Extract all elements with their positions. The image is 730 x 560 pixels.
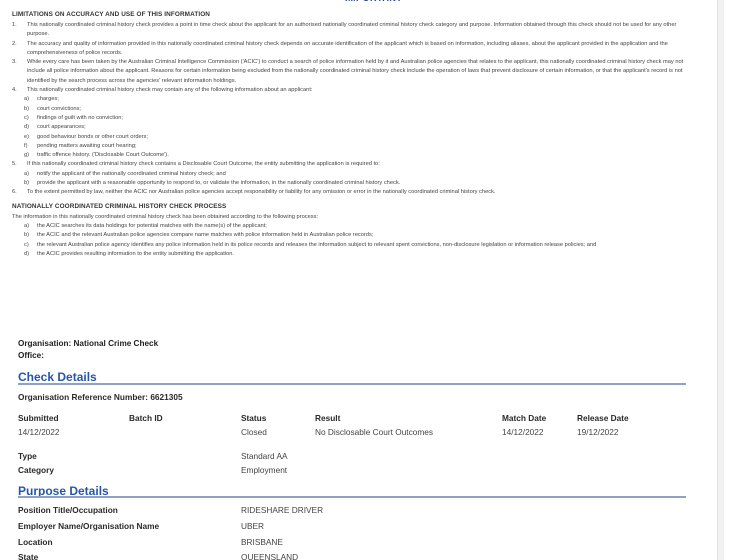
purpose-label: Location xyxy=(18,537,53,547)
status-value: Closed xyxy=(241,427,267,437)
limitation-subitem: a)notify the applicant of the nationally… xyxy=(12,170,692,179)
category-label: Category xyxy=(18,465,54,475)
limitations-title: LIMITATIONS ON ACCURACY AND USE OF THIS … xyxy=(12,10,672,19)
release-date-value: 19/12/2022 xyxy=(577,427,619,437)
item-text: While every care has been taken by the A… xyxy=(27,59,683,84)
subitem-letter: a) xyxy=(24,95,29,104)
limitation-item: 5.If this nationally coordinated crimina… xyxy=(12,160,692,169)
item-number: 6. xyxy=(12,188,17,197)
important-heading: IMPORTANT xyxy=(345,0,402,3)
limitation-subitem: a)charges; xyxy=(12,95,692,104)
submitted-value: 14/12/2022 xyxy=(18,427,60,437)
process-item-letter: c) xyxy=(24,241,29,250)
subitem-text: findings of guilt with no conviction; xyxy=(37,115,123,121)
subitem-text: traffic offence history. ('Disclosable C… xyxy=(37,152,169,158)
process-item-text: the ACIC and the relevant Australian pol… xyxy=(37,232,373,238)
process-item: c)the relevant Australian police agency … xyxy=(12,241,692,250)
purpose-value: RIDESHARE DRIVER xyxy=(241,505,323,515)
process-item-text: the ACIC searches its data holdings for … xyxy=(37,223,267,229)
limitation-subitem: d)court appearances; xyxy=(12,123,692,132)
subitem-text: court appearances; xyxy=(37,124,86,130)
subitem-letter: e) xyxy=(24,133,29,142)
process-item: b)the ACIC and the relevant Australian p… xyxy=(12,231,692,240)
organisation-name: Organisation: National Crime Check xyxy=(18,338,158,350)
limitation-subitem: g)traffic offence history. ('Disclosable… xyxy=(12,151,692,160)
purpose-label: Employer Name/Organisation Name xyxy=(18,521,159,531)
purpose-label: Position Title/Occupation xyxy=(18,505,118,515)
process-item-letter: b) xyxy=(24,231,29,240)
subitem-letter: b) xyxy=(24,105,29,114)
subitem-letter: a) xyxy=(24,170,29,179)
item-text: If this nationally coordinated criminal … xyxy=(27,161,380,167)
organisation-office: Office: xyxy=(18,350,158,362)
limitation-item: 3.While every care has been taken by the… xyxy=(12,58,692,86)
result-value: No Disclosable Court Outcomes xyxy=(315,427,433,437)
subitem-text: court convictions; xyxy=(37,106,81,112)
subitem-letter: g) xyxy=(24,151,29,160)
subitem-letter: b) xyxy=(24,179,29,188)
organisation-block: Organisation: National Crime Check Offic… xyxy=(18,338,158,362)
subitem-letter: d) xyxy=(24,123,29,132)
subitem-text: pending matters awaiting court hearing; xyxy=(37,143,137,149)
process-item-letter: a) xyxy=(24,222,29,231)
item-number: 3. xyxy=(12,58,17,67)
subitem-letter: c) xyxy=(24,114,29,123)
release-date-label: Release Date xyxy=(577,413,629,423)
purpose-value: QUEENSLAND xyxy=(241,552,298,560)
match-date-value: 14/12/2022 xyxy=(502,427,544,437)
page-edge xyxy=(717,0,724,560)
check-details-rule xyxy=(18,383,686,385)
limitation-item: 1.This nationally coordinated criminal h… xyxy=(12,21,692,40)
submitted-label: Submitted xyxy=(18,413,59,423)
purpose-value: BRISBANE xyxy=(241,537,283,547)
item-text: This nationally coordinated criminal his… xyxy=(27,22,676,37)
category-value: Employment xyxy=(241,465,287,475)
result-label: Result xyxy=(315,413,340,423)
item-number: 1. xyxy=(12,21,17,30)
subitem-text: good behaviour bonds or other court orde… xyxy=(37,134,148,140)
item-number: 5. xyxy=(12,160,17,169)
item-text: This nationally coordinated criminal his… xyxy=(27,87,312,93)
item-text: The accuracy and quality of information … xyxy=(27,41,668,56)
purpose-value: UBER xyxy=(241,521,264,531)
check-details-title: Check Details xyxy=(18,370,97,384)
process-item-text: the ACIC provides resulting information … xyxy=(37,251,234,257)
limitations-list: 1.This nationally coordinated criminal h… xyxy=(12,21,692,198)
process-item-text: the relevant Australian police agency id… xyxy=(37,242,596,248)
limitation-subitem: e)good behaviour bonds or other court or… xyxy=(12,133,692,142)
disclaimer-block: LIMITATIONS ON ACCURACY AND USE OF THIS … xyxy=(12,10,692,259)
type-value: Standard AA xyxy=(241,451,288,461)
process-list: a)the ACIC searches its data holdings fo… xyxy=(12,222,692,259)
match-date-label: Match Date xyxy=(502,413,546,423)
status-label: Status xyxy=(241,413,266,423)
purpose-details-rule xyxy=(18,496,686,498)
process-intro: The information in this nationally coord… xyxy=(12,213,692,222)
process-title: NATIONALLY COORDINATED CRIMINAL HISTORY … xyxy=(12,202,672,211)
item-text: To the extent permitted by law, neither … xyxy=(27,189,496,195)
limitation-item: 6.To the extent permitted by law, neithe… xyxy=(12,188,692,197)
limitation-subitem: b)provide the applicant with a reasonabl… xyxy=(12,179,692,188)
process-item: a)the ACIC searches its data holdings fo… xyxy=(12,222,692,231)
document-page: IMPORTANT LIMITATIONS ON ACCURACY AND US… xyxy=(0,0,724,560)
subitem-text: charges; xyxy=(37,96,59,102)
item-number: 4. xyxy=(12,86,17,95)
process-item-letter: d) xyxy=(24,250,29,259)
batch-id-label: Batch ID xyxy=(129,413,163,423)
subitem-text: provide the applicant with a reasonable … xyxy=(37,180,400,186)
subitem-text: notify the applicant of the nationally c… xyxy=(37,171,226,177)
type-label: Type xyxy=(18,451,37,461)
purpose-label: State xyxy=(18,552,38,560)
limitation-item: 2.The accuracy and quality of informatio… xyxy=(12,40,692,59)
organisation-reference-number: Organisation Reference Number: 6621305 xyxy=(18,392,183,402)
limitation-subitem: f)pending matters awaiting court hearing… xyxy=(12,142,692,151)
item-number: 2. xyxy=(12,40,17,49)
subitem-letter: f) xyxy=(24,142,27,151)
limitation-item: 4.This nationally coordinated criminal h… xyxy=(12,86,692,95)
limitation-subitem: b)court convictions; xyxy=(12,105,692,114)
limitation-subitem: c)findings of guilt with no conviction; xyxy=(12,114,692,123)
process-item: d)the ACIC provides resulting informatio… xyxy=(12,250,692,259)
